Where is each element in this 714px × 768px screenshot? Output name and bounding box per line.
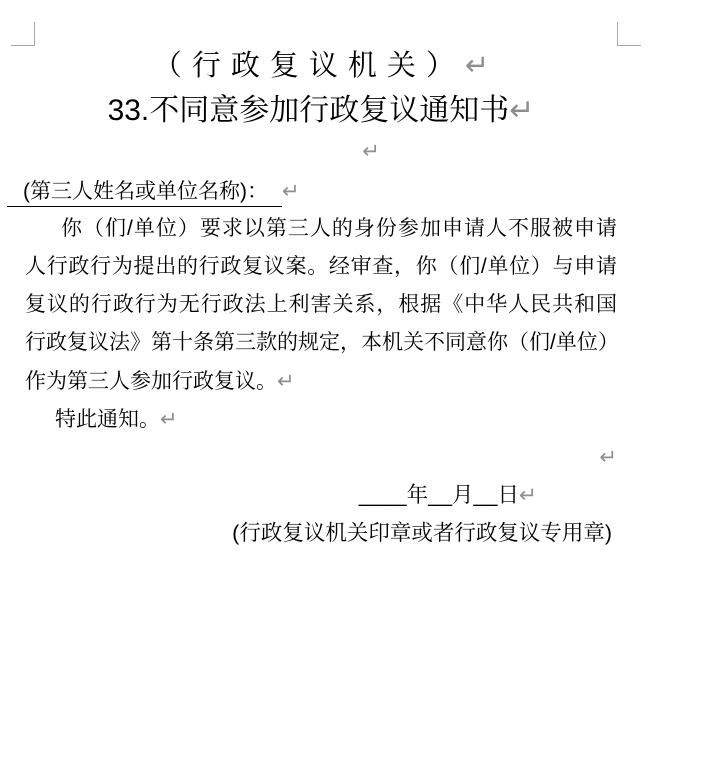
body-line-text: 行政复议法》第十条第三款的规定，本机关不同意你（们/单位） [25,331,619,354]
body-line: 人行政行为提出的行政复议案。经审查，你（们/单位）与申请 [25,248,617,286]
paragraph-mark-icon: ↵ [509,93,534,128]
paragraph-mark-icon: ↵ [465,48,489,82]
body-line: 你（们/单位）要求以第三人的身份参加申请人不服被申请 [25,210,617,248]
paragraph-mark-icon: ↵ [160,407,178,431]
body-paragraph: 你（们/单位）要求以第三人的身份参加申请人不服被申请 人行政行为提出的行政复议案… [25,210,617,401]
paragraph-mark-icon: ↵ [282,179,300,203]
stamp-note-text: (行政复议机关印章或者行政复议专用章) [232,521,612,545]
stamp-note-line: (行政复议机关印章或者行政复议专用章) [25,514,617,552]
body-line-text: 你（们/单位）要求以第三人的身份参加申请人不服被申请 [61,217,617,240]
empty-paragraph-centered: ↵ [25,132,617,171]
paragraph-mark-icon: ↵ [519,483,537,508]
empty-paragraph-right: ↵ [25,438,617,477]
date-line-text: ____年__月__日 [359,483,519,507]
paragraph-mark-icon: ↵ [599,445,617,469]
document-title-text: 33.不同意参加行政复议通知书 [108,94,510,127]
body-line: 复议的行政行为无行政法上利害关系，根据《中华人民共和国 [25,286,617,324]
body-line-text: 复议的行政行为无行政法上利害关系，根据《中华人民共和国 [25,293,617,316]
salutation-line: (第三人姓名或单位名称)：↵ [7,172,300,211]
body-line-text: 人行政行为提出的行政复议案。经审查，你（们/单位）与申请 [25,255,617,278]
date-line: ____年__月__日↵ [25,476,617,515]
body-line-text: 作为第三人参加行政复议。 [25,370,277,393]
paragraph-mark-icon: ↵ [362,139,380,163]
document-title-line: 33.不同意参加行政复议通知书↵ [25,88,617,134]
org-title-line: （行政复议机关）↵ [25,42,617,89]
closing-line: 特此通知。↵ [25,400,617,439]
body-line: 行政复议法》第十条第三款的规定，本机关不同意你（们/单位） [25,324,617,362]
paragraph-mark-icon: ↵ [277,369,295,393]
body-line: 作为第三人参加行政复议。↵ [25,362,617,401]
closing-text: 特此通知。 [55,408,160,431]
org-title-text: （行政复议机关） [153,50,465,82]
salutation-text: (第三人姓名或单位名称)： [7,180,282,207]
document-page: （行政复议机关）↵ 33.不同意参加行政复议通知书↵ ↵ (第三人姓名或单位名称… [0,0,714,768]
margin-corner-mark-top-right-icon [617,22,641,46]
